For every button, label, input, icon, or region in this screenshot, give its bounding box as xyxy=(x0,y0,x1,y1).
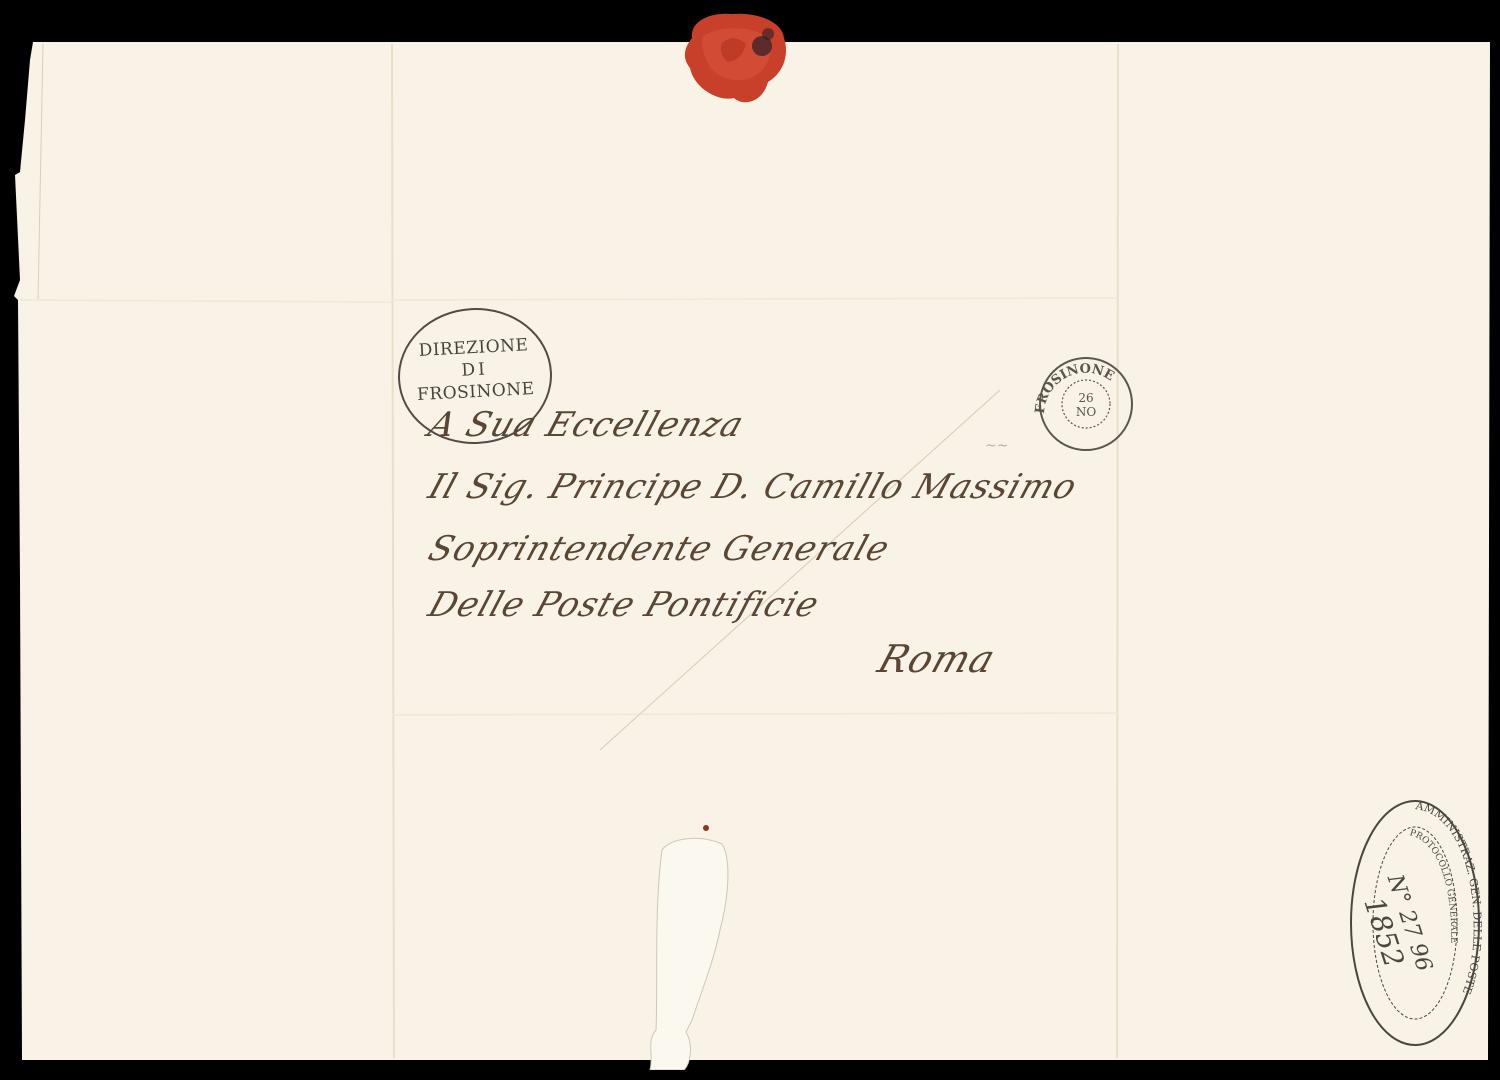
datestamp-month: NO xyxy=(1076,405,1097,419)
address-line-1: A Sua Eccellenza xyxy=(424,405,750,445)
torn-paper-patch xyxy=(640,820,750,1070)
wax-seal xyxy=(672,8,792,108)
pencil-note: ~~ xyxy=(985,438,1008,454)
roma-receiving-cachet: AMMINISTRAZ. GEN. DELLE POSTE PROTOCOLLO… xyxy=(1345,795,1485,1050)
address-line-3: Soprintendente Generale xyxy=(424,529,895,569)
fold-vertical-right xyxy=(1117,44,1118,1058)
frosinone-datestamp: FROSINONE 26 NO xyxy=(1030,352,1140,452)
address-line-2: Il Sig. Principe D. Camillo Massimo xyxy=(424,467,1083,507)
datestamp-day: 26 xyxy=(1078,391,1093,405)
address-line-4: Delle Poste Pontificie xyxy=(424,585,825,625)
address-line-city: Roma xyxy=(873,637,1001,681)
